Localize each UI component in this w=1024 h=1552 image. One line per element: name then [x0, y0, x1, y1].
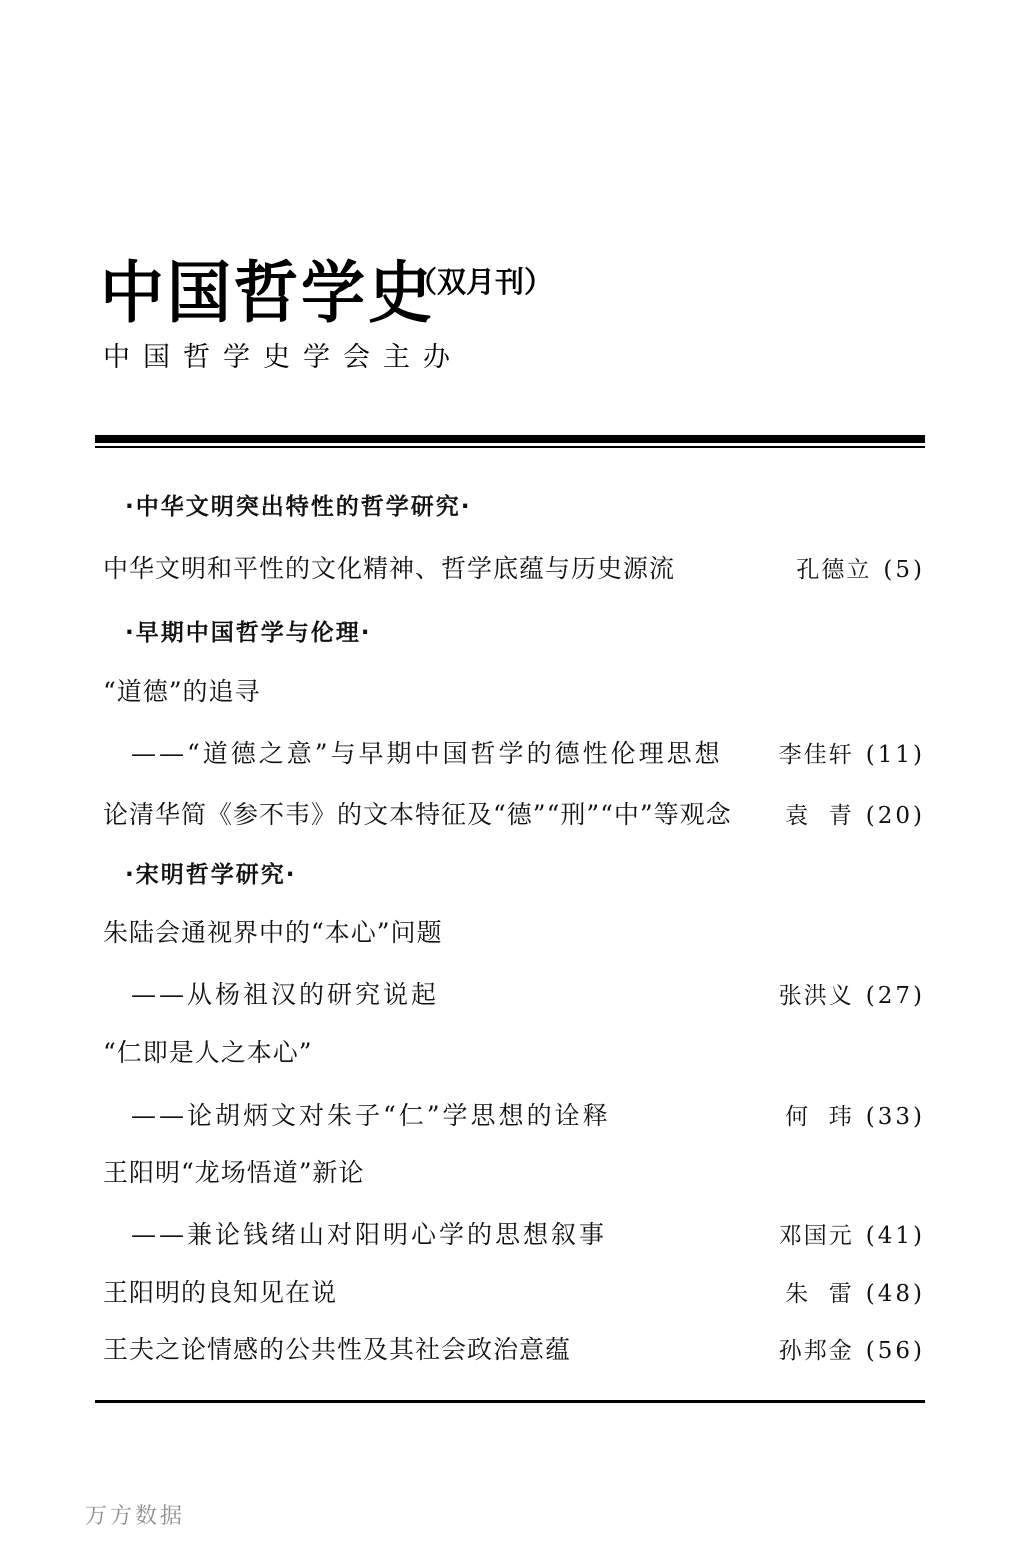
header-divider-thick-line	[95, 435, 925, 443]
toc-entry-title-line: “仁即是人之本心”	[103, 1038, 925, 1067]
article-author-page: 袁 青(20)	[765, 802, 925, 831]
journal-issue-label: （双月刊）	[408, 266, 553, 298]
article-author: 袁 青	[785, 803, 854, 829]
section-header: ·中华文明突出特性的哲学研究·	[125, 493, 925, 522]
toc-entry: 论清华简《参不韦》的文本特征及“德”“刑”“中”等观念 袁 青(20)	[103, 800, 925, 831]
toc-entry-subtitle-line: ——兼论钱绪山对阳明心学的思想叙事 邓国元(41)	[103, 1220, 925, 1251]
article-page-number: (5)	[883, 557, 925, 583]
article-author: 张洪义	[779, 983, 854, 1009]
article-page-number: (11)	[866, 742, 925, 768]
section-header-label: ·早期中国哲学与伦理·	[125, 619, 371, 648]
article-page-number: (27)	[866, 983, 925, 1009]
article-subtitle: ——论胡炳文对朱子“仁”学思想的诠释	[103, 1101, 611, 1130]
toc-entry-title-line: 朱陆会通视界中的“本心”问题	[103, 918, 925, 947]
article-author-page: 朱 雷(48)	[765, 1280, 925, 1309]
journal-toc-page: 中国哲学史 （双月刊） 中国哲学史学会主办 ·中华文明突出特性的哲学研究· 中华…	[0, 0, 1024, 1552]
article-subtitle: ——“道德之意”与早期中国哲学的德性伦理思想	[103, 739, 723, 768]
article-page-number: (33)	[866, 1104, 925, 1130]
article-author-page: 邓国元(41)	[759, 1222, 925, 1251]
article-subtitle: ——从杨祖汉的研究说起	[103, 980, 439, 1009]
article-title: “仁即是人之本心”	[103, 1038, 313, 1067]
toc-entry-subtitle-line: ——“道德之意”与早期中国哲学的德性伦理思想 李佳轩(11)	[103, 739, 925, 770]
journal-organizer: 中国哲学史学会主办	[103, 342, 463, 374]
article-title: 论清华简《参不韦》的文本特征及“德”“刑”“中”等观念	[103, 800, 732, 829]
section-header: ·宋明哲学研究·	[125, 861, 925, 890]
toc-entry-title-line: “道德”的追寻	[103, 677, 925, 706]
toc-entry-title-line: 王阳明“龙场悟道”新论	[103, 1158, 925, 1187]
article-title: 王阳明“龙场悟道”新论	[103, 1158, 365, 1187]
article-author: 邓国元	[779, 1223, 854, 1249]
article-author: 朱 雷	[785, 1281, 854, 1307]
article-title: 王阳明的良知见在说	[103, 1278, 337, 1307]
article-page-number: (20)	[866, 803, 925, 829]
article-subtitle: ——兼论钱绪山对阳明心学的思想叙事	[103, 1220, 607, 1249]
section-header-label: ·中华文明突出特性的哲学研究·	[125, 493, 471, 522]
article-title: “道德”的追寻	[103, 677, 261, 706]
toc-entry-subtitle-line: ——从杨祖汉的研究说起 张洪义(27)	[103, 980, 925, 1011]
article-title: 王夫之论情感的公共性及其社会政治意蕴	[103, 1335, 571, 1364]
toc-entry: 王阳明的良知见在说 朱 雷(48)	[103, 1278, 925, 1309]
article-page-number: (48)	[866, 1281, 925, 1307]
header-divider-thin-line	[95, 446, 925, 448]
section-header: ·早期中国哲学与伦理·	[125, 619, 925, 648]
toc-entry: 中华文明和平性的文化精神、哲学底蕴与历史源流 孔德立(5)	[103, 554, 925, 585]
article-author-page: 张洪义(27)	[759, 982, 925, 1011]
article-author-page: 孙邦金(56)	[759, 1337, 925, 1366]
journal-title: 中国哲学史	[100, 252, 435, 336]
article-title: 朱陆会通视界中的“本心”问题	[103, 918, 443, 947]
article-author: 李佳轩	[779, 742, 854, 768]
article-title: 中华文明和平性的文化精神、哲学底蕴与历史源流	[103, 554, 675, 583]
article-page-number: (56)	[866, 1338, 925, 1364]
footer-divider	[95, 1400, 925, 1403]
header-divider	[95, 435, 925, 448]
article-author-page: 孔德立(5)	[776, 556, 925, 585]
wanfang-watermark: 万方数据	[85, 1499, 185, 1530]
article-page-number: (41)	[866, 1223, 925, 1249]
toc-entry-subtitle-line: ——论胡炳文对朱子“仁”学思想的诠释 何 玮(33)	[103, 1101, 925, 1132]
article-author: 何 玮	[785, 1104, 854, 1130]
article-author-page: 李佳轩(11)	[759, 741, 925, 770]
article-author: 孔德立	[796, 557, 871, 583]
article-author: 孙邦金	[779, 1338, 854, 1364]
article-author-page: 何 玮(33)	[765, 1103, 925, 1132]
section-header-label: ·宋明哲学研究·	[125, 861, 296, 890]
toc-entry: 王夫之论情感的公共性及其社会政治意蕴 孙邦金(56)	[103, 1335, 925, 1366]
